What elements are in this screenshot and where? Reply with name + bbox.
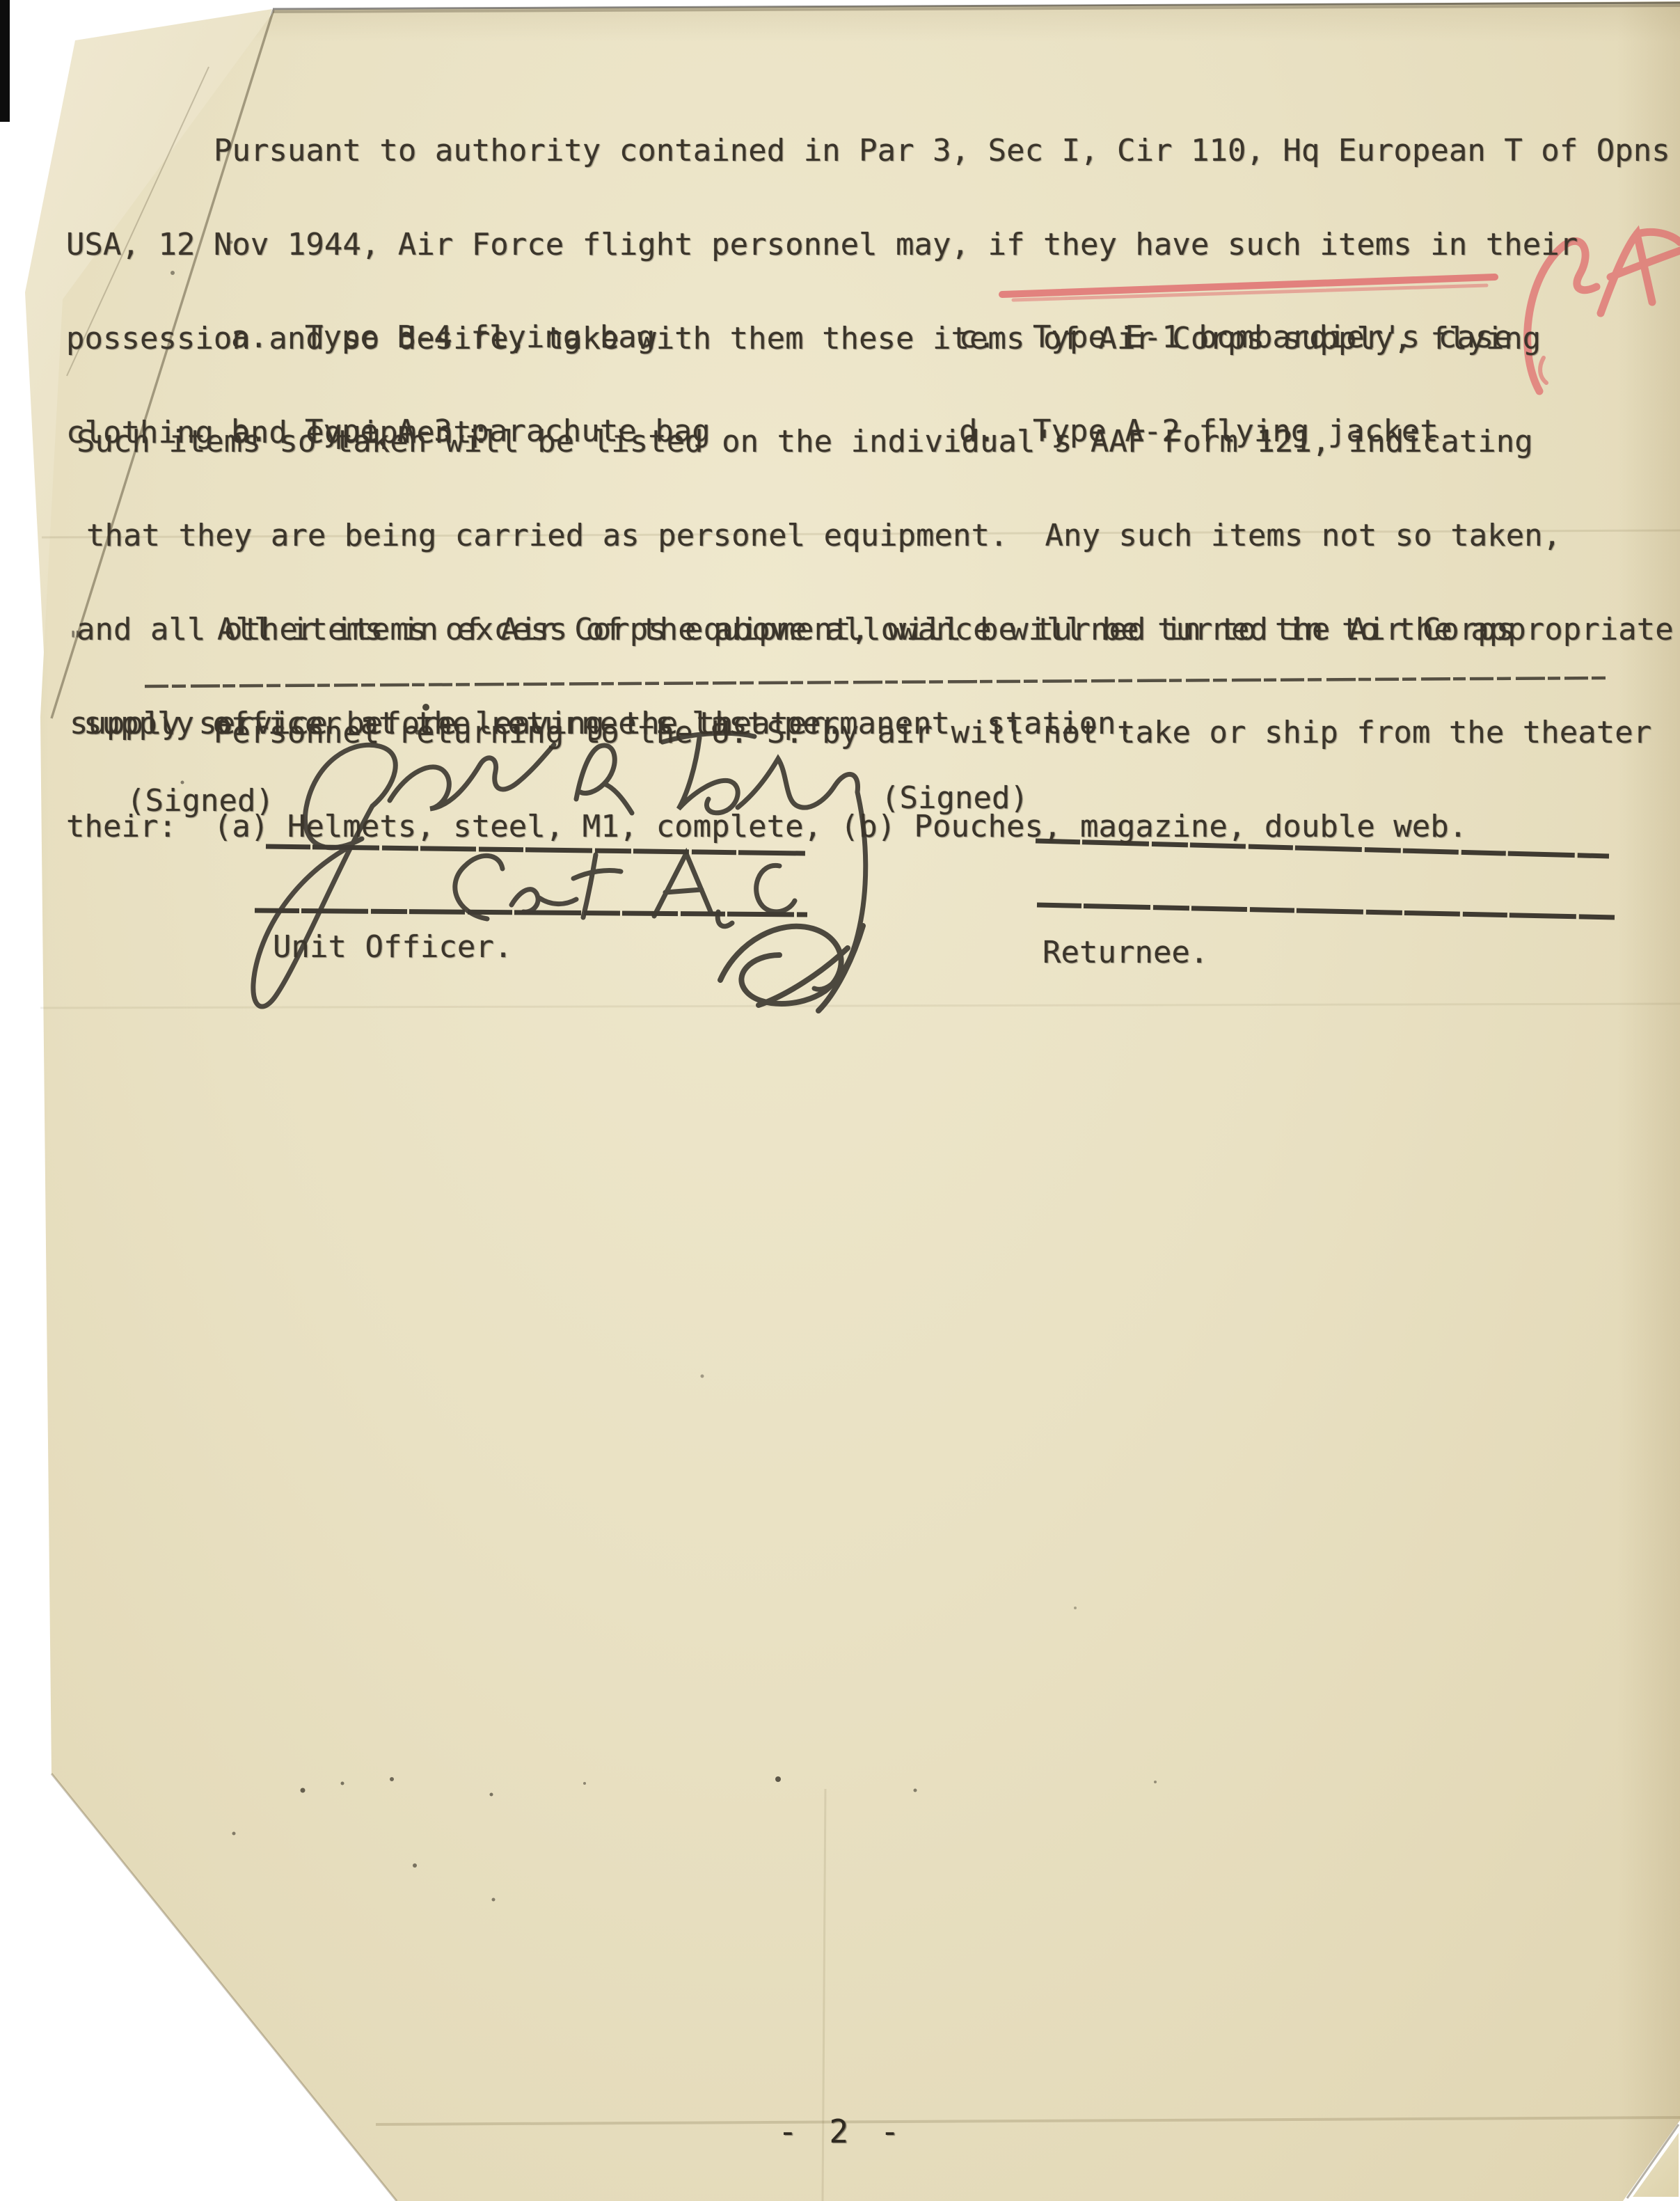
page-number: - 2 - bbox=[778, 2116, 905, 2147]
paragraph-line-underlined: Personnel returning to the U. S. by air … bbox=[66, 717, 1651, 748]
document-page: Pursuant to authority contained in Par 3… bbox=[0, 0, 1680, 2201]
paragraph-line: All items in excess of the above allowan… bbox=[70, 614, 1674, 645]
list-item-label: c. bbox=[959, 322, 1033, 353]
paragraph-line: Pursuant to authority contained in Par 3… bbox=[66, 135, 1670, 166]
paragraph-return-by-air: Personnel returning to the U. S. by air … bbox=[66, 654, 1651, 905]
stray-typed-mark: " bbox=[68, 625, 82, 656]
list-item-label: a. bbox=[231, 322, 305, 353]
unit-officer-label: Unit Officer. bbox=[273, 931, 512, 963]
paragraph-line: USA, 12 Nov 1944, Air Force flight perso… bbox=[66, 229, 1670, 260]
list-item-text-struck: Type E-1 bombardier's case bbox=[1033, 319, 1512, 355]
list-item-a: a.Type B-4 flying bag bbox=[231, 322, 711, 353]
paragraph-line: Such items so taken will be listed on th… bbox=[77, 426, 1561, 457]
list-item-text: Type B-4 flying bag bbox=[305, 319, 655, 355]
signed-label-left: (Signed) bbox=[127, 785, 274, 816]
signed-label-right: (Signed) bbox=[881, 782, 1029, 814]
paragraph-line: their: (a) Helmets, steel, M1, complete,… bbox=[66, 811, 1651, 842]
paragraph-line: that they are being carried as personel … bbox=[77, 520, 1561, 551]
returnee-label: Returnee. bbox=[1043, 937, 1208, 968]
scanner-edge-artifact bbox=[0, 0, 10, 122]
list-item-c: c.Type E-1 bombardier's case bbox=[959, 322, 1512, 353]
